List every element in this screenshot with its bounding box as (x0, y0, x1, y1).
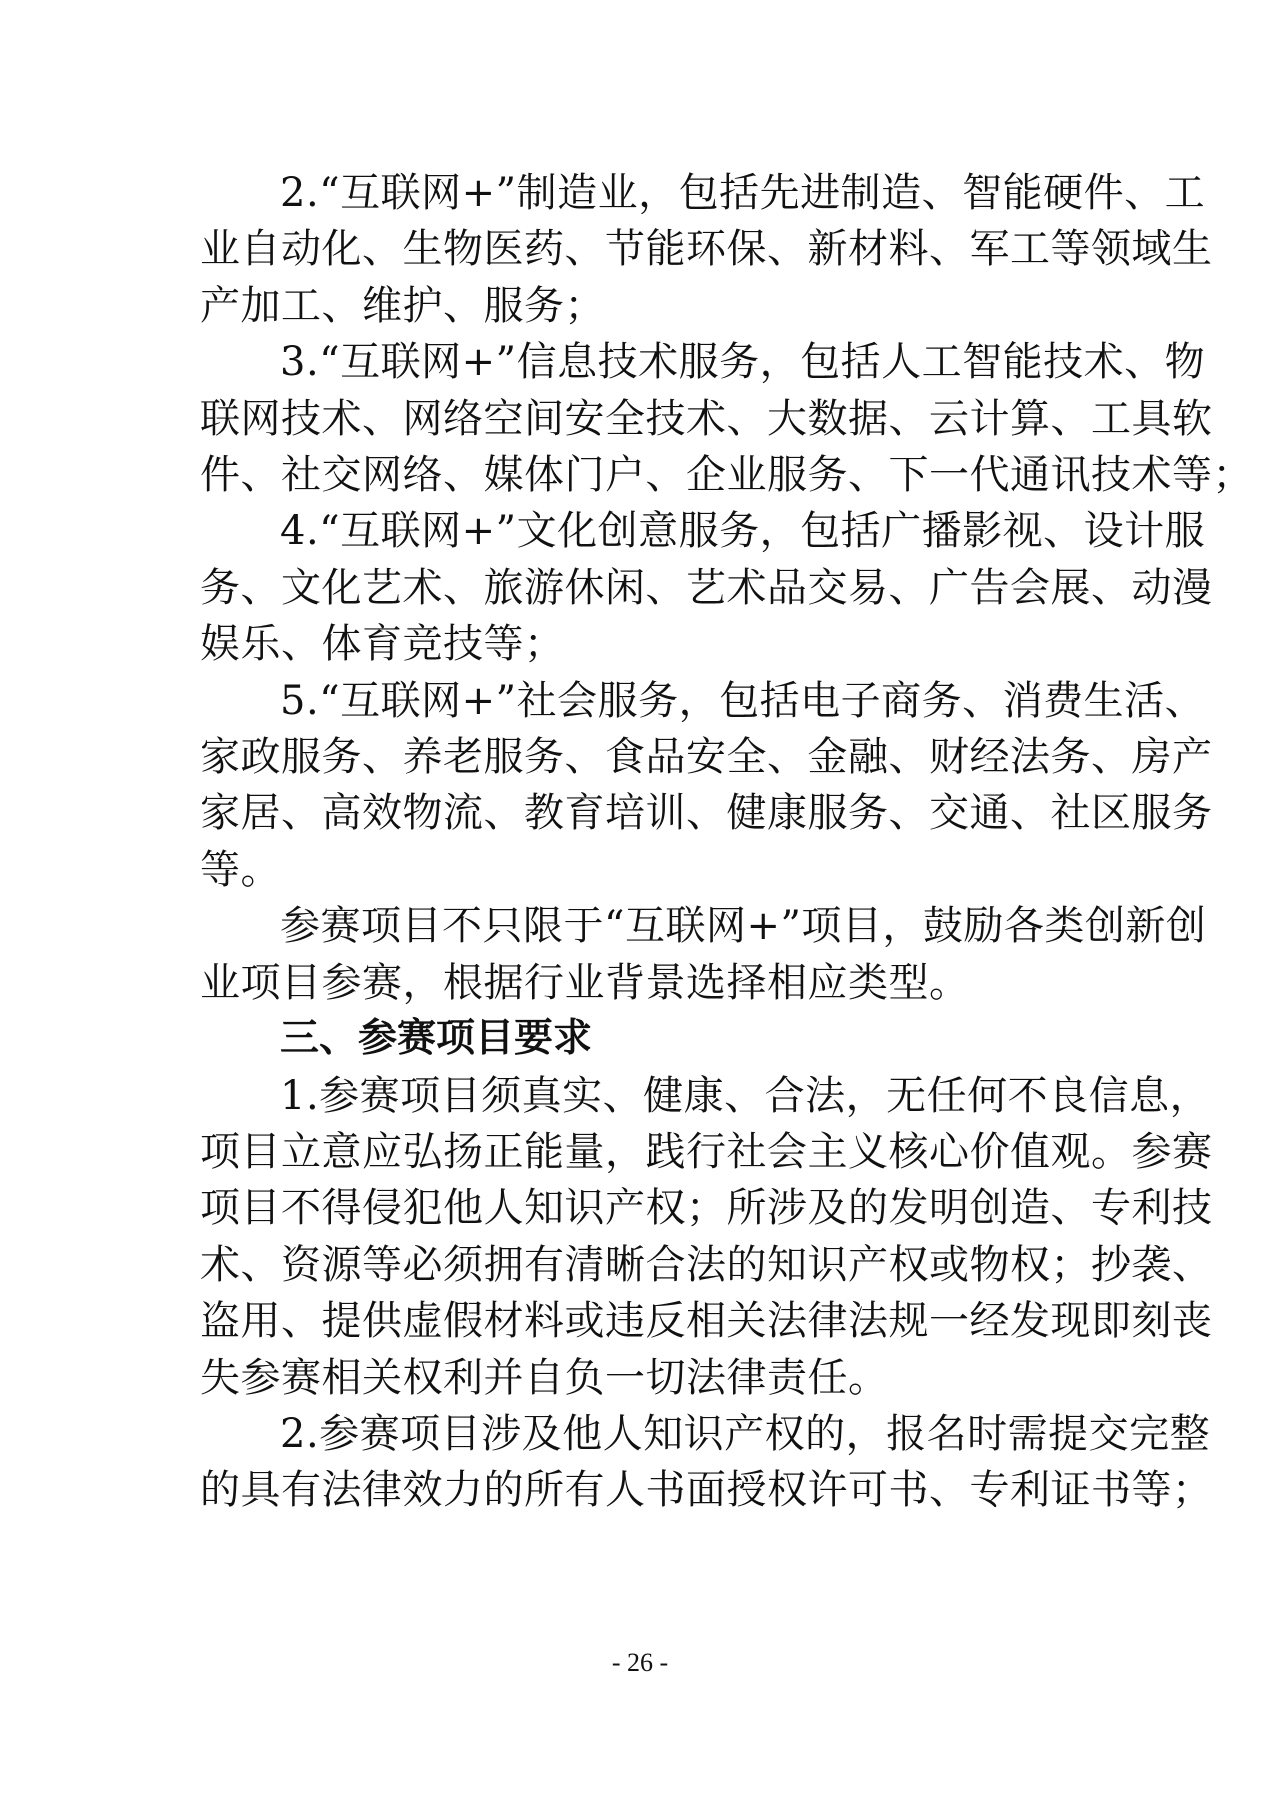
document-page: 2.“互联网+”制造业，包括先进制造、智能硬件、工 业自动化、生物医药、节能环保… (0, 0, 1280, 1810)
text-line: 联网技术、网络空间安全技术、大数据、云计算、工具软 (200, 391, 1066, 447)
page-number: - 26 - (0, 1648, 1280, 1678)
text-line: 5.“互联网+”社会服务，包括电子商务、消费生活、 (200, 673, 1066, 729)
text-line: 2.参赛项目涉及他人知识产权的，报名时需提交完整 (200, 1406, 1066, 1462)
list-item-it-services: 3.“互联网+”信息技术服务，包括人工智能技术、物 联网技术、网络空间安全技术、… (200, 334, 1066, 503)
text-line: 1.参赛项目须真实、健康、合法，无任何不良信息， (200, 1068, 1066, 1124)
document-body: 2.“互联网+”制造业，包括先进制造、智能硬件、工 业自动化、生物医药、节能环保… (200, 165, 1066, 1519)
requirement-item-2: 2.参赛项目涉及他人知识产权的，报名时需提交完整 的具有法律效力的所有人书面授权… (200, 1406, 1066, 1519)
text-line: 娱乐、体育竞技等； (200, 616, 1066, 672)
text-line: 等。 (200, 842, 1066, 898)
text-line: 家居、高效物流、教育培训、健康服务、交通、社区服务 (200, 785, 1066, 841)
requirement-item-1: 1.参赛项目须真实、健康、合法，无任何不良信息， 项目立意应弘扬正能量，践行社会… (200, 1068, 1066, 1406)
text-line: 产加工、维护、服务； (200, 278, 1066, 334)
text-line: 件、社交网络、媒体门户、企业服务、下一代通讯技术等； (200, 447, 1066, 503)
text-line: 项目不得侵犯他人知识产权；所涉及的发明创造、专利技 (200, 1180, 1066, 1236)
text-line: 术、资源等必须拥有清晰合法的知识产权或物权；抄袭、 (200, 1237, 1066, 1293)
text-line: 参赛项目不只限于“互联网+”项目，鼓励各类创新创 (200, 898, 1066, 954)
text-line: 4.“互联网+”文化创意服务，包括广播影视、设计服 (200, 503, 1066, 559)
text-line: 失参赛相关权利并自负一切法律责任。 (200, 1350, 1066, 1406)
text-line: 家政服务、养老服务、食品安全、金融、财经法务、房产 (200, 729, 1066, 785)
text-line: 务、文化艺术、旅游休闲、艺术品交易、广告会展、动漫 (200, 560, 1066, 616)
text-line: 盗用、提供虚假材料或违反相关法律法规一经发现即刻丧 (200, 1293, 1066, 1349)
text-line: 2.“互联网+”制造业，包括先进制造、智能硬件、工 (200, 165, 1066, 221)
text-line: 3.“互联网+”信息技术服务，包括人工智能技术、物 (200, 334, 1066, 390)
list-item-manufacturing: 2.“互联网+”制造业，包括先进制造、智能硬件、工 业自动化、生物医药、节能环保… (200, 165, 1066, 334)
text-line: 项目立意应弘扬正能量，践行社会主义核心价值观。参赛 (200, 1124, 1066, 1180)
list-item-cultural-creative: 4.“互联网+”文化创意服务，包括广播影视、设计服 务、文化艺术、旅游休闲、艺术… (200, 503, 1066, 672)
section-heading: 三、参赛项目要求 (200, 1011, 1066, 1067)
text-line: 的具有法律效力的所有人书面授权许可书、专利证书等； (200, 1462, 1066, 1518)
text-line: 业自动化、生物医药、节能环保、新材料、军工等领域生 (200, 221, 1066, 277)
text-line: 业项目参赛，根据行业背景选择相应类型。 (200, 955, 1066, 1011)
list-item-social-services: 5.“互联网+”社会服务，包括电子商务、消费生活、 家政服务、养老服务、食品安全… (200, 673, 1066, 899)
paragraph-scope-note: 参赛项目不只限于“互联网+”项目，鼓励各类创新创 业项目参赛，根据行业背景选择相… (200, 898, 1066, 1011)
